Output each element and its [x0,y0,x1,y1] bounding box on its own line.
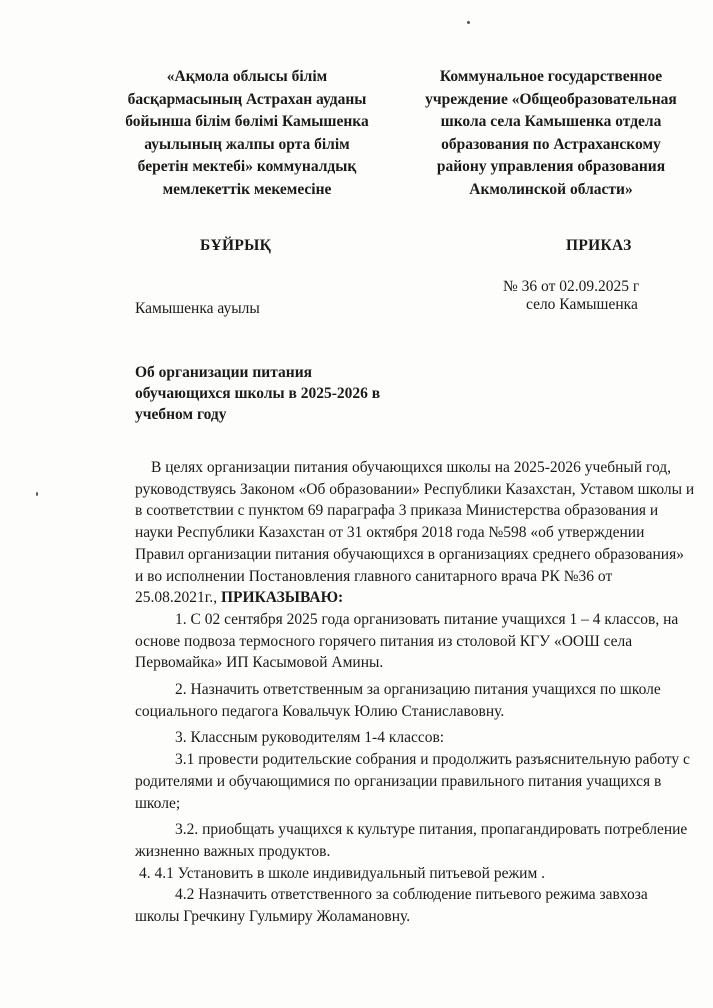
header-ru-institution: Коммунальное государственное учреждение … [396,66,706,201]
header-ru-line: Акмолинской области» [396,179,706,202]
header-ru-line: образования по Астраханскому [396,134,706,157]
subject-line: учебном году [135,404,425,425]
village-kz: Камышенка ауылы [135,300,260,318]
subject-line: обучающихся школы в 2025-2026 в [135,383,425,404]
header-ru-line: школа села Камышенка отдела [396,111,706,134]
preamble-text: В целях организации питания обучающихся … [135,459,694,606]
header-kz-line: «Ақмола облысы білім [118,66,376,89]
header-kz-institution: «Ақмола облысы білім басқармасының Астра… [118,66,376,201]
header-ru-line: учреждение «Общеобразовательная [396,89,706,112]
scan-speck [467,21,470,24]
village-ru: село Камышенка [526,296,638,314]
header-kz-line: ауылының жалпы орта білім [118,134,376,157]
item-1: 1. С 02 сентября 2025 года организовать … [135,609,695,674]
document-page: «Ақмола облысы білім басқармасының Астра… [0,0,713,1008]
subject-line: Об организации питания [135,362,425,383]
header-kz-line: бойынша білім бөлімі Камышенка [118,111,376,134]
order-number-date: № 36 от 02.09.2025 г [503,278,639,296]
header-kz-line: басқармасының Астрахан ауданы [118,89,376,112]
doc-type-ru: ПРИКАЗ [566,237,632,255]
item-4-2: 4.2 Назначить ответственного за соблюден… [135,884,695,927]
preamble: В целях организации питания обучающихся … [135,457,695,609]
header-ru-line: Коммунальное государственное [396,66,706,89]
item-3: 3. Классным руководителям 1-4 классов: [135,727,695,749]
item-3-1: 3.1 провести родительские собрания и про… [135,749,695,814]
header-ru-line: району управления образования [396,156,706,179]
header-kz-line: беретін мектебі» коммуналдық [118,156,376,179]
order-word: ПРИКАЗЫВАЮ: [221,589,343,606]
item-3-2: 3.2. приобщать учащихся к культуре питан… [135,819,695,862]
order-body: В целях организации питания обучающихся … [135,457,695,928]
scan-speck [36,492,38,496]
order-subject: Об организации питания обучающихся школы… [135,362,425,425]
header-kz-line: мемлекеттік мекемесіне [118,179,376,202]
doc-type-kz: БҰЙРЫҚ [200,237,271,255]
item-2: 2. Назначить ответственным за организаци… [135,679,695,722]
item-4-1: 4. 4.1 Установить в школе индивидуальный… [135,863,695,885]
